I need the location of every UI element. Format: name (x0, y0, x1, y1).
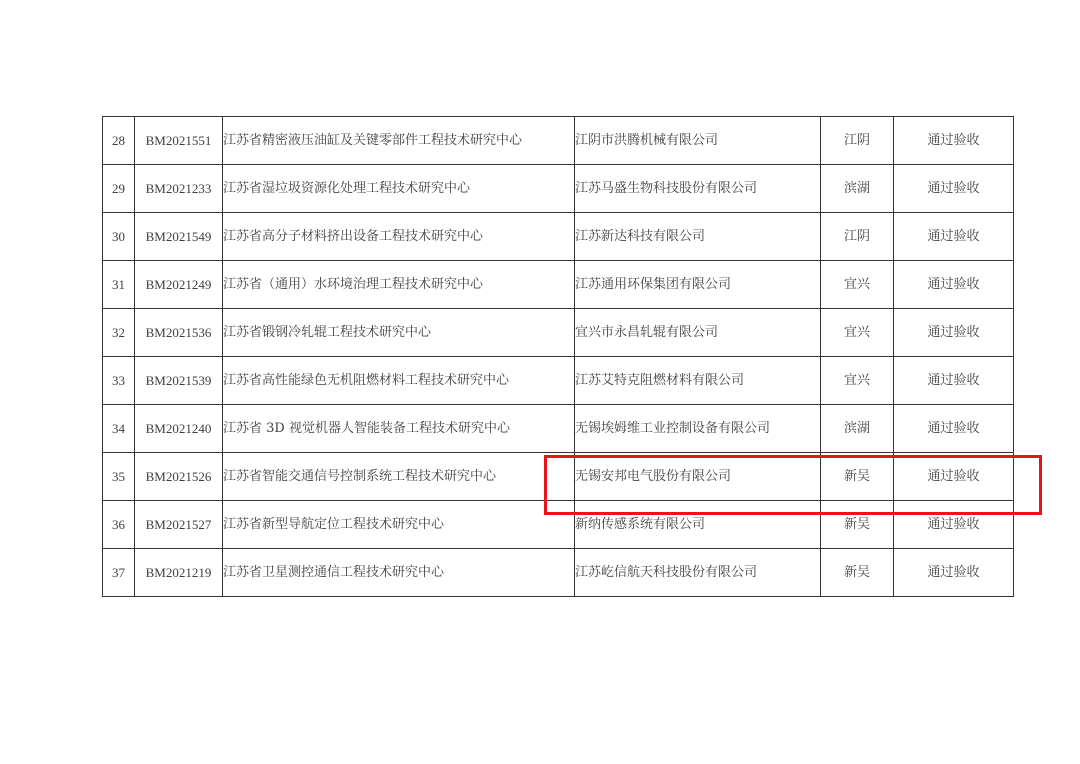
row-number: 37 (103, 549, 135, 597)
project-code: BM2021527 (135, 501, 223, 549)
table-body: 28 BM2021551 江苏省精密液压油缸及关键零部件工程技术研究中心 江阴市… (103, 117, 1014, 597)
result: 通过验收 (894, 213, 1014, 261)
table-row: 34 BM2021240 江苏省 3D 视觉机器人智能装备工程技术研究中心 无锡… (103, 405, 1014, 453)
company-name: 江苏马盛生物科技股份有限公司 (575, 165, 821, 213)
region: 新吴 (821, 453, 894, 501)
project-code: BM2021526 (135, 453, 223, 501)
table-row: 36 BM2021527 江苏省新型导航定位工程技术研究中心 新纳传感系统有限公… (103, 501, 1014, 549)
project-code: BM2021233 (135, 165, 223, 213)
document-page: 28 BM2021551 江苏省精密液压油缸及关键零部件工程技术研究中心 江阴市… (0, 0, 1080, 764)
row-number: 33 (103, 357, 135, 405)
result: 通过验收 (894, 165, 1014, 213)
center-name: 江苏省湿垃圾资源化处理工程技术研究中心 (223, 165, 575, 213)
center-name: 江苏省锻钢冷轧辊工程技术研究中心 (223, 309, 575, 357)
table-row: 37 BM2021219 江苏省卫星测控通信工程技术研究中心 江苏屹信航天科技股… (103, 549, 1014, 597)
row-number: 32 (103, 309, 135, 357)
result: 通过验收 (894, 405, 1014, 453)
region: 新吴 (821, 549, 894, 597)
table-row: 29 BM2021233 江苏省湿垃圾资源化处理工程技术研究中心 江苏马盛生物科… (103, 165, 1014, 213)
row-number: 28 (103, 117, 135, 165)
region: 江阴 (821, 213, 894, 261)
project-code: BM2021249 (135, 261, 223, 309)
center-name: 江苏省高性能绿色无机阻燃材料工程技术研究中心 (223, 357, 575, 405)
center-name: 江苏省智能交通信号控制系统工程技术研究中心 (223, 453, 575, 501)
project-code: BM2021551 (135, 117, 223, 165)
result: 通过验收 (894, 261, 1014, 309)
row-number: 36 (103, 501, 135, 549)
region: 新吴 (821, 501, 894, 549)
table-row: 32 BM2021536 江苏省锻钢冷轧辊工程技术研究中心 宜兴市永昌轧辊有限公… (103, 309, 1014, 357)
center-name: 江苏省高分子材料挤出设备工程技术研究中心 (223, 213, 575, 261)
region: 滨湖 (821, 165, 894, 213)
company-name: 江苏新达科技有限公司 (575, 213, 821, 261)
center-name: 江苏省（通用）水环境治理工程技术研究中心 (223, 261, 575, 309)
project-code: BM2021219 (135, 549, 223, 597)
project-code: BM2021539 (135, 357, 223, 405)
company-name: 江苏屹信航天科技股份有限公司 (575, 549, 821, 597)
row-number: 30 (103, 213, 135, 261)
result: 通过验收 (894, 549, 1014, 597)
company-name: 新纳传感系统有限公司 (575, 501, 821, 549)
table-row: 33 BM2021539 江苏省高性能绿色无机阻燃材料工程技术研究中心 江苏艾特… (103, 357, 1014, 405)
table-row: 30 BM2021549 江苏省高分子材料挤出设备工程技术研究中心 江苏新达科技… (103, 213, 1014, 261)
project-code: BM2021240 (135, 405, 223, 453)
project-code: BM2021549 (135, 213, 223, 261)
result: 通过验收 (894, 357, 1014, 405)
company-name: 江苏通用环保集团有限公司 (575, 261, 821, 309)
center-name: 江苏省 3D 视觉机器人智能装备工程技术研究中心 (223, 405, 575, 453)
table-row-highlighted: 35 BM2021526 江苏省智能交通信号控制系统工程技术研究中心 无锡安邦电… (103, 453, 1014, 501)
center-name: 江苏省新型导航定位工程技术研究中心 (223, 501, 575, 549)
region: 宜兴 (821, 357, 894, 405)
region: 宜兴 (821, 261, 894, 309)
company-name: 宜兴市永昌轧辊有限公司 (575, 309, 821, 357)
company-name: 江阴市洪腾机械有限公司 (575, 117, 821, 165)
region: 宜兴 (821, 309, 894, 357)
result: 通过验收 (894, 309, 1014, 357)
result: 通过验收 (894, 117, 1014, 165)
row-number: 35 (103, 453, 135, 501)
table-row: 28 BM2021551 江苏省精密液压油缸及关键零部件工程技术研究中心 江阴市… (103, 117, 1014, 165)
region: 江阴 (821, 117, 894, 165)
company-name: 无锡安邦电气股份有限公司 (575, 453, 821, 501)
row-number: 31 (103, 261, 135, 309)
center-name: 江苏省卫星测控通信工程技术研究中心 (223, 549, 575, 597)
row-number: 29 (103, 165, 135, 213)
company-name: 江苏艾特克阻燃材料有限公司 (575, 357, 821, 405)
region: 滨湖 (821, 405, 894, 453)
center-name: 江苏省精密液压油缸及关键零部件工程技术研究中心 (223, 117, 575, 165)
result: 通过验收 (894, 501, 1014, 549)
acceptance-table: 28 BM2021551 江苏省精密液压油缸及关键零部件工程技术研究中心 江阴市… (102, 116, 1014, 597)
table-row: 31 BM2021249 江苏省（通用）水环境治理工程技术研究中心 江苏通用环保… (103, 261, 1014, 309)
company-name: 无锡埃姆维工业控制设备有限公司 (575, 405, 821, 453)
row-number: 34 (103, 405, 135, 453)
result: 通过验收 (894, 453, 1014, 501)
project-code: BM2021536 (135, 309, 223, 357)
